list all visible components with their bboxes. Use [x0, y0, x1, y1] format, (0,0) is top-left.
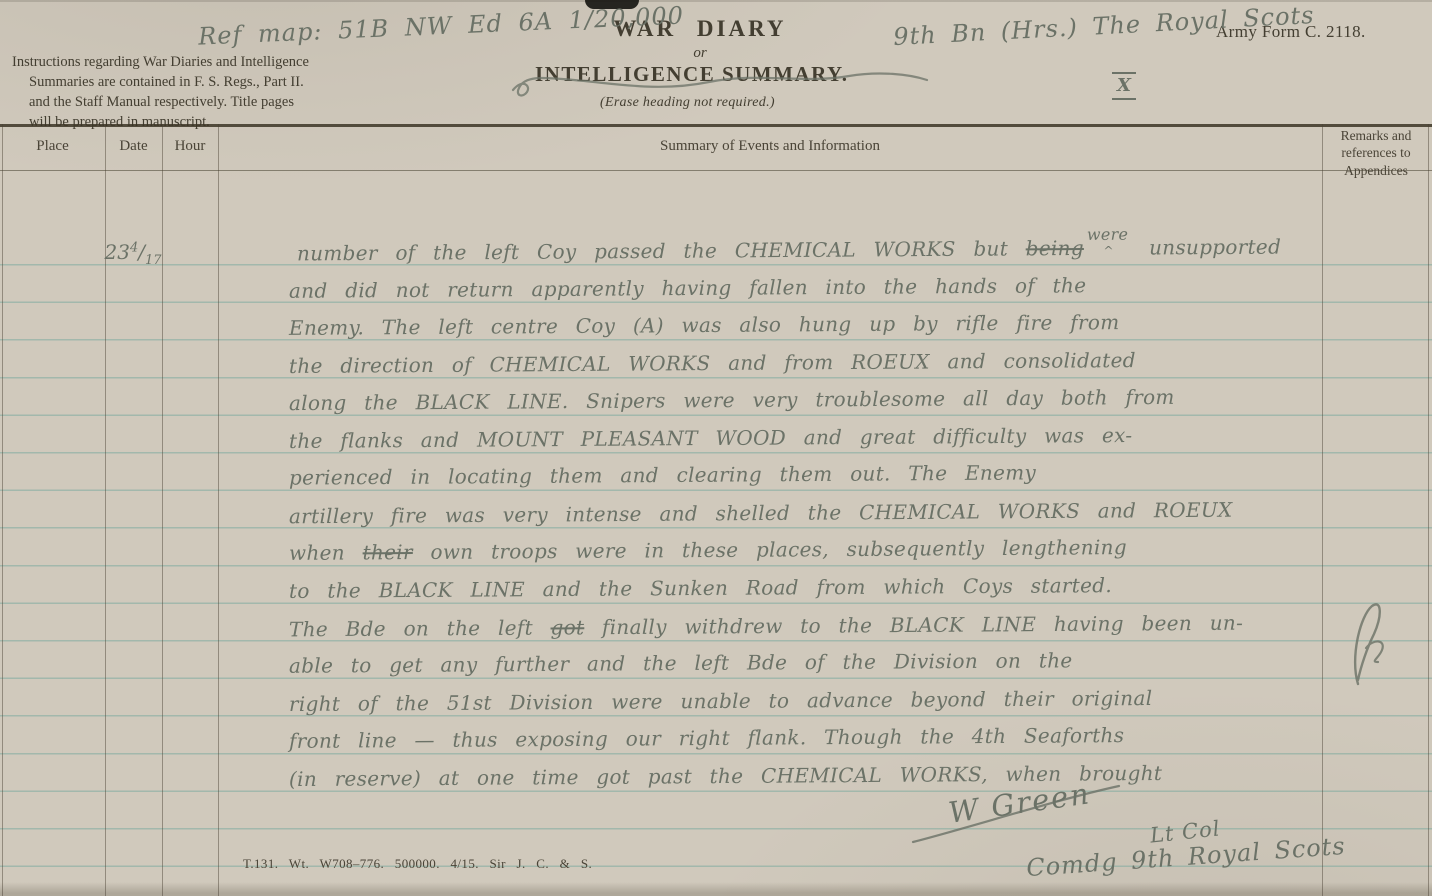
- instructions-line: will be prepared in manuscript.: [29, 112, 342, 132]
- ruled-lines: [0, 264, 1432, 896]
- entry-date: 234/17: [102, 240, 164, 268]
- entry-date-month: 4: [130, 240, 138, 255]
- column-header-summary: Summary of Events and Information: [218, 138, 1322, 155]
- table-vline-right: [1428, 124, 1429, 896]
- remarks-initials-mark: [1334, 596, 1392, 690]
- entry-date-year: 17: [145, 253, 162, 268]
- entry-date-day: 23: [104, 240, 129, 264]
- handwritten-unit-name: 9th Bn (Hrs.) The Royal Scots: [893, 1, 1316, 51]
- table-vline-left: [2, 124, 3, 896]
- instructions-line: Instructions regarding War Diaries and I…: [12, 52, 342, 72]
- table-vline-hour-summary: [218, 124, 219, 896]
- column-header-remarks: Remarks and references to Appendices: [1324, 127, 1428, 179]
- instructions-line: Summaries are contained in F. S. Regs., …: [29, 72, 342, 92]
- struck-word: being: [1026, 236, 1084, 260]
- printers-imprint: T.131. Wt. W708–776. 500000. 4/15. Sir J…: [243, 856, 592, 872]
- handwritten-x-mark: X: [1112, 72, 1136, 100]
- handwritten-map-reference: Ref map: 51B NW Ed 6A 1/20,000: [198, 1, 685, 50]
- insertion-caret: ^: [1103, 244, 1113, 258]
- diary-text: unsupported: [1131, 235, 1281, 260]
- strikeout-squiggle: [505, 56, 935, 104]
- table-header-bottom-rule: [0, 170, 1432, 171]
- table-vline-summary-remarks: [1322, 124, 1323, 896]
- column-header-place: Place: [0, 138, 105, 155]
- war-diary-page: Instructions regarding War Diaries and I…: [0, 0, 1432, 896]
- inserted-word: were^: [1087, 225, 1129, 244]
- instructions-line: and the Staff Manual respectively. Title…: [29, 92, 342, 112]
- signature-flourish: [905, 782, 1125, 848]
- column-header-date: Date: [105, 138, 162, 155]
- diary-line: number of the left Coy passed the CHEMIC…: [297, 235, 1281, 266]
- column-header-hour: Hour: [162, 138, 218, 155]
- instructions-block: Instructions regarding War Diaries and I…: [12, 52, 342, 132]
- diary-text: number of the left Coy passed the CHEMIC…: [297, 236, 1026, 265]
- table-top-rule: [0, 124, 1432, 127]
